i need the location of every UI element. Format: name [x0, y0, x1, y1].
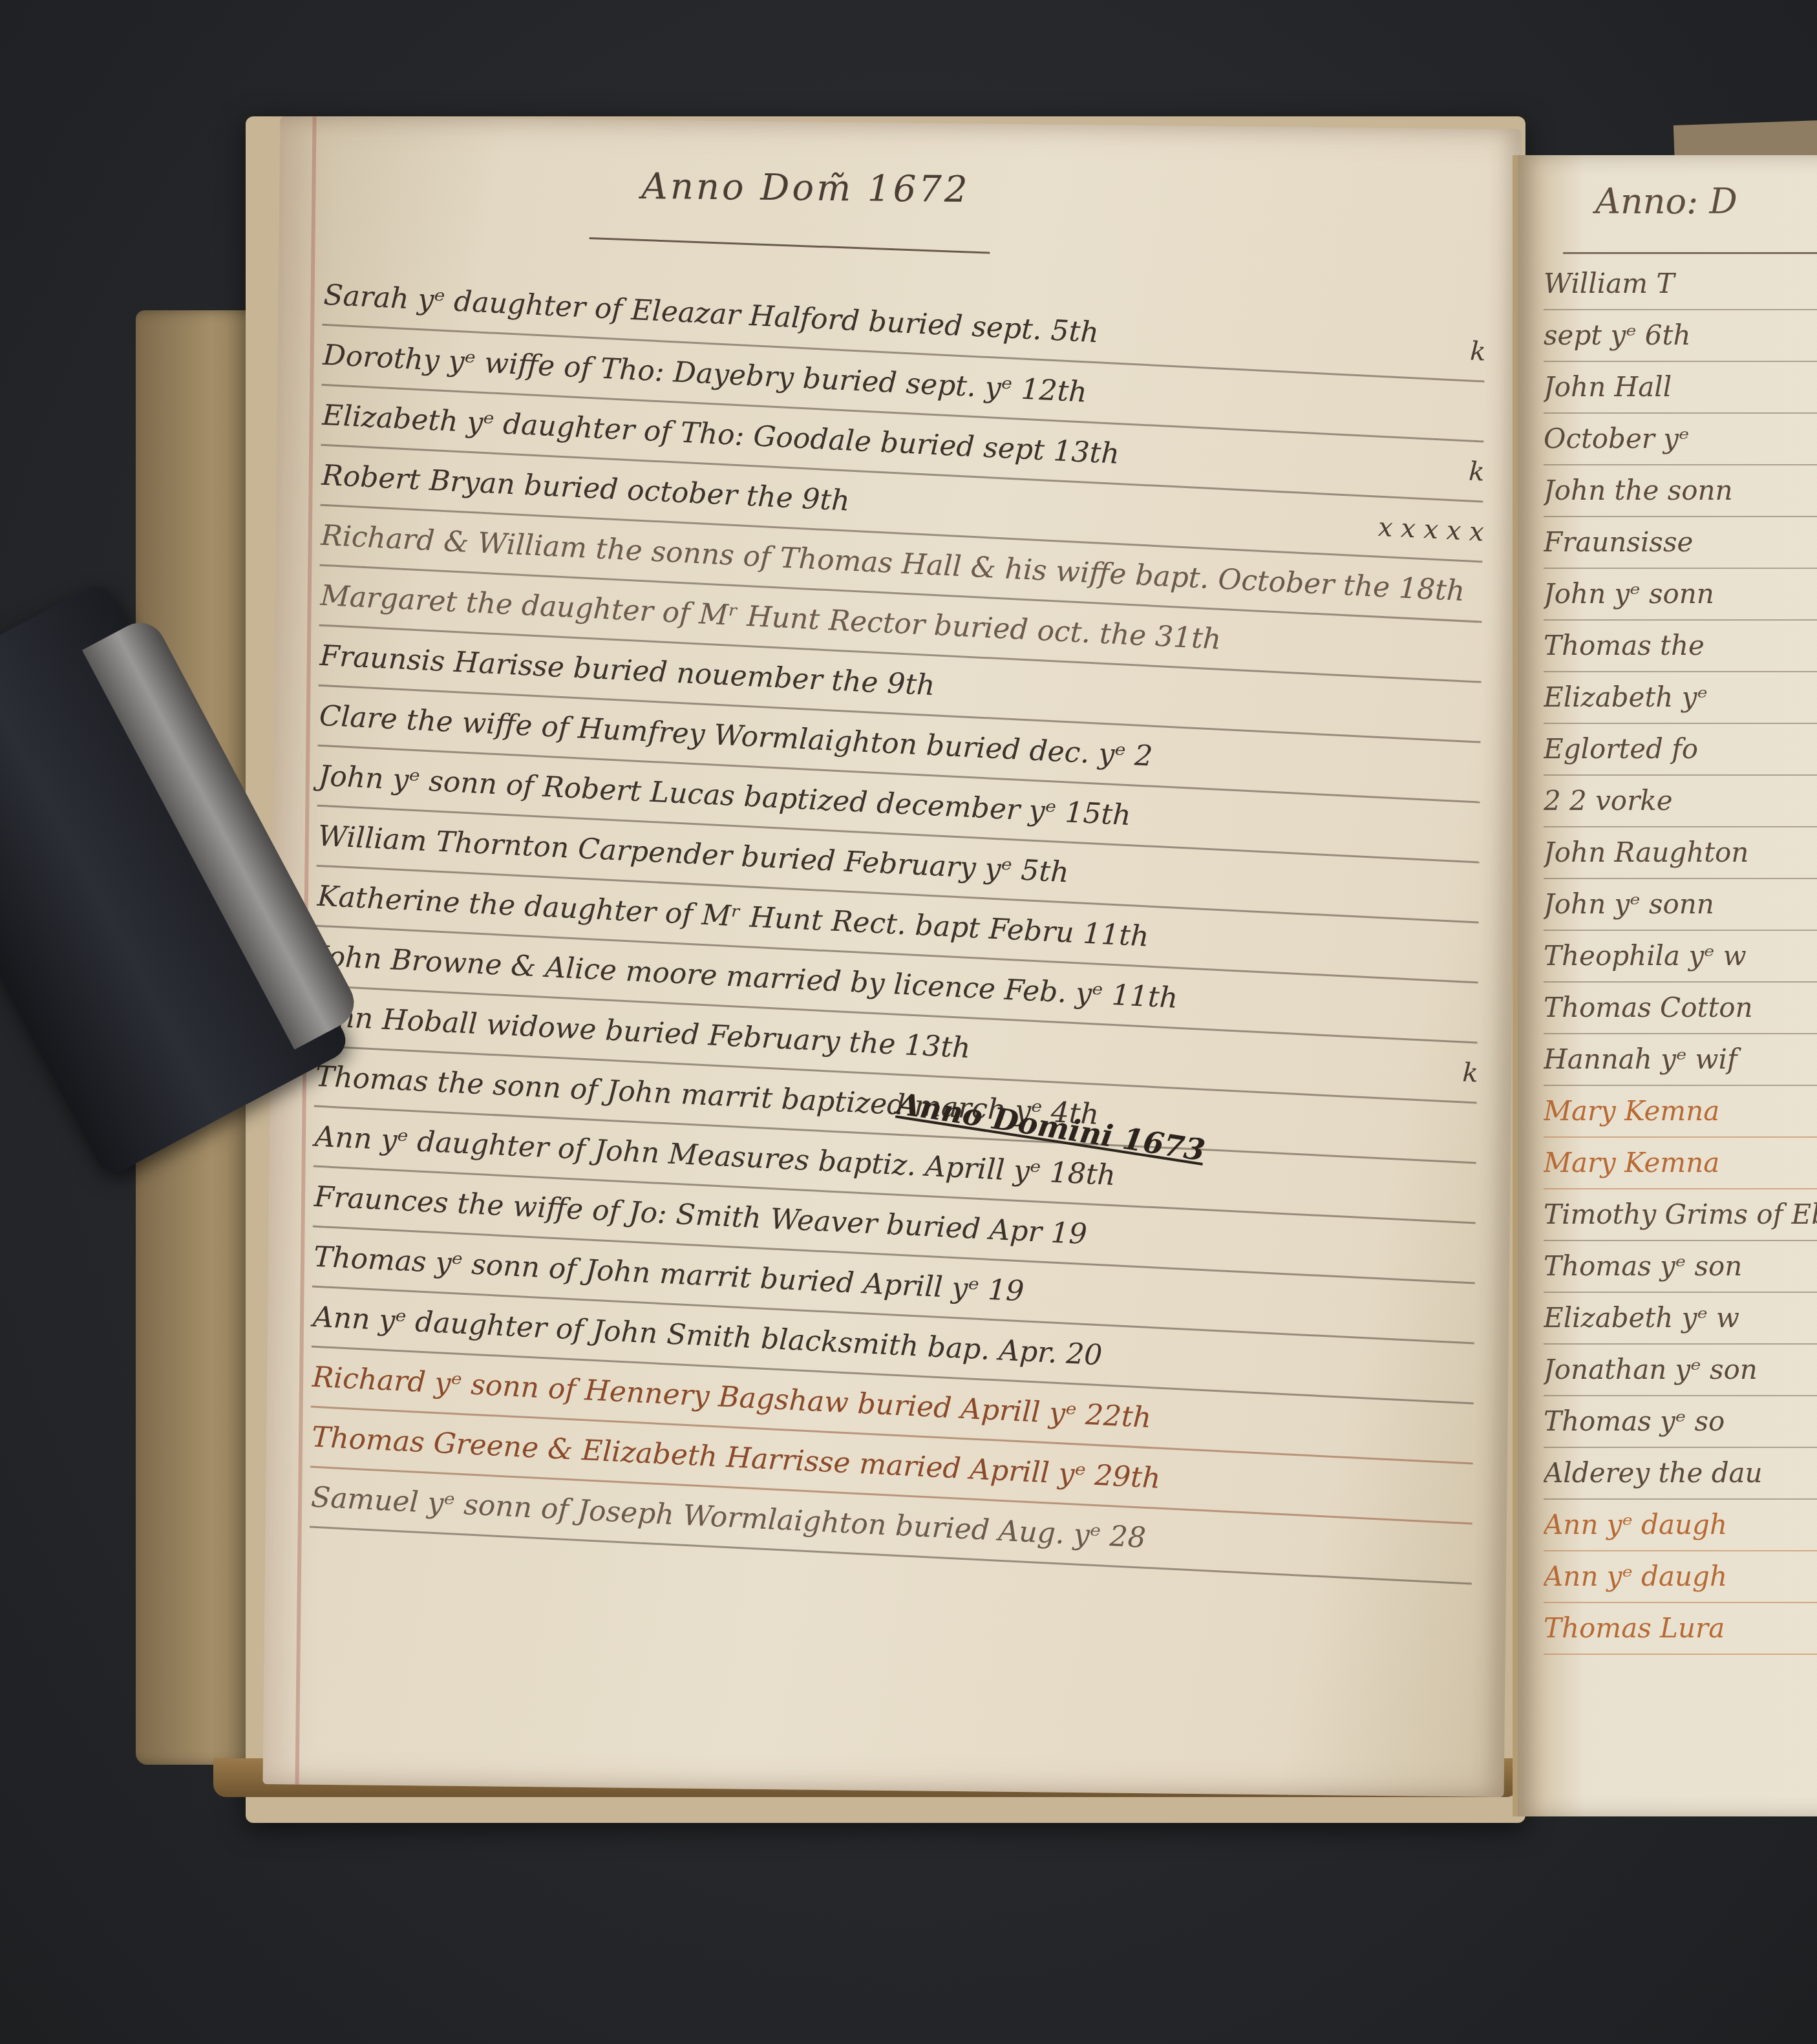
- register-entry-fragment: Eglorted fo: [1544, 724, 1817, 776]
- margin-mark: k: [1469, 334, 1487, 370]
- register-entry-fragment: Thomas yᵉ so: [1544, 1396, 1817, 1448]
- register-entry-fragment: Mary Kemna: [1544, 1138, 1817, 1189]
- register-entry-fragment: Thomas the: [1544, 621, 1817, 672]
- left-page: Anno Dom̃ 1672 Sarah yᵉ daughter of Elea…: [263, 116, 1522, 1797]
- margin-mark: k: [1468, 454, 1485, 491]
- register-entry-fragment: Timothy Grims of Ebeazer: [1544, 1189, 1817, 1241]
- register-entry-fragment: Elizabeth yᵉ w: [1544, 1293, 1817, 1345]
- register-entry-fragment: William T: [1544, 259, 1817, 310]
- register-entry-fragment: John the sonn: [1544, 465, 1817, 517]
- page-heading: Anno Dom̃ 1672: [641, 165, 970, 211]
- register-entry-fragment: John yᵉ sonn: [1544, 569, 1817, 621]
- register-entry-fragment: Mary Kemna: [1544, 1086, 1817, 1138]
- register-entry-fragment: Fraunsisse: [1544, 517, 1817, 569]
- register-entry-fragment: Ann yᵉ daugh: [1544, 1500, 1817, 1551]
- register-entry-fragment: October yᵉ: [1544, 414, 1817, 465]
- entry-text: Robert Bryan buried october the 9th: [321, 459, 851, 518]
- register-entry-fragment: Thomas yᵉ son: [1544, 1241, 1817, 1293]
- register-entries-right: William Tsept yᵉ 6thJohn HallOctober yᵉJ…: [1544, 259, 1817, 1655]
- register-entry-fragment: Jonathan yᵉ son: [1544, 1345, 1817, 1396]
- register-entry-fragment: John Hall: [1544, 362, 1817, 414]
- margin-mark: k: [1461, 1054, 1479, 1091]
- register-entry-fragment: Ann yᵉ daugh: [1544, 1551, 1817, 1603]
- register-entry-fragment: Hannah yᵉ wif: [1544, 1034, 1817, 1086]
- heading-rule: [1563, 252, 1817, 254]
- heading-rule: [590, 237, 990, 254]
- register-entry-fragment: Theophila yᵉ w: [1544, 931, 1817, 983]
- register-entry-fragment: 2 2 vorke: [1544, 776, 1817, 827]
- register-entry-fragment: Thomas Cotton: [1544, 983, 1817, 1034]
- register-entry-fragment: Elizabeth yᵉ: [1544, 672, 1817, 724]
- register-entry-fragment: John yᵉ sonn: [1544, 879, 1817, 931]
- margin-mark: x x x x x: [1377, 509, 1485, 551]
- register-entry-fragment: Thomas Lura: [1544, 1603, 1817, 1655]
- register-entries: Sarah yᵉ daughter of Eleazar Halford bur…: [311, 266, 1487, 1540]
- register-entry-fragment: Alderey the dau: [1544, 1448, 1817, 1500]
- register-entry-fragment: sept yᵉ 6th: [1544, 310, 1817, 362]
- right-page-heading: Anno: D: [1595, 181, 1737, 222]
- register-entry-fragment: John Raughton: [1544, 827, 1817, 879]
- right-page: Anno: D William Tsept yᵉ 6thJohn HallOct…: [1513, 155, 1817, 1816]
